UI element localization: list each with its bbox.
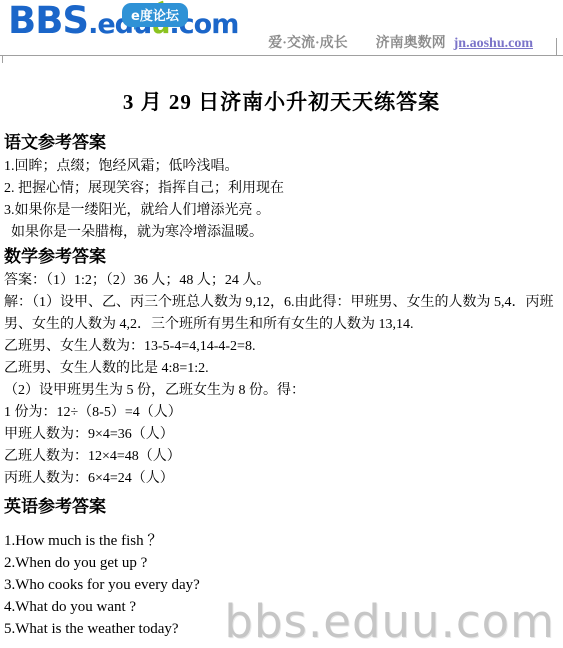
answer-line: 2.When do you get up ? bbox=[4, 552, 559, 574]
answer-line: 4.What do you want ? bbox=[4, 596, 559, 618]
tagline-slogan: 爱·交流·成长 bbox=[268, 36, 347, 51]
answer-line: 乙班男、女生人数的比是 4:8=1:2. bbox=[4, 358, 559, 380]
section-heading-chinese: 语文参考答案 bbox=[4, 132, 559, 154]
answer-line: 5.What is the weather today? bbox=[4, 618, 559, 640]
answer-line: 2. 把握心情；展现笑容；指挥自己；利用现在 bbox=[4, 178, 559, 200]
answer-line: 答案：（1）1:2；（2）36 人；48 人；24 人。 bbox=[4, 270, 559, 292]
site-name: 济南奥数网 bbox=[376, 36, 446, 51]
answer-line: 乙班人数为：12×4=48（人） bbox=[4, 446, 559, 468]
badge-tail-icon bbox=[134, 23, 141, 30]
answer-line: 1 份为：12÷（8-5）=4（人） bbox=[4, 402, 559, 424]
answer-line: 3.如果你是一缕阳光，就给人们增添光亮 。 bbox=[4, 200, 559, 222]
section-heading-english: 英语参考答案 bbox=[4, 496, 559, 518]
answer-line: 3.Who cooks for you every day? bbox=[4, 574, 559, 596]
article-content: 3 月 29 日济南小升初天天练答案 语文参考答案 1.回眸；点缀；饱经风霜；低… bbox=[0, 86, 563, 640]
border-tick-right bbox=[556, 38, 557, 55]
page: BBS.eduu.com e度论坛 爱·交流·成长济南奥数网jn.aoshu.c… bbox=[0, 0, 563, 648]
page-title: 3 月 29 日济南小升初天天练答案 bbox=[4, 86, 559, 116]
border-tick-left bbox=[2, 55, 3, 63]
answer-line: （2）设甲班男生为 5 份，乙班女生为 8 份。得： bbox=[4, 380, 559, 402]
answer-line: 1.回眸；点缀；饱经风霜；低吟浅唱。 bbox=[4, 156, 559, 178]
site-header: BBS.eduu.com e度论坛 爱·交流·成长济南奥数网jn.aoshu.c… bbox=[0, 0, 563, 56]
logo-bbs-text: BBS bbox=[8, 0, 88, 42]
header-tagline: 爱·交流·成长济南奥数网jn.aoshu.com bbox=[268, 32, 533, 52]
answer-line: 丙班人数为：6×4=24（人） bbox=[4, 468, 559, 490]
site-link[interactable]: jn.aoshu.com bbox=[454, 36, 533, 51]
answer-line: 1.How much is the fish ？ bbox=[4, 530, 559, 552]
answer-line: 乙班男、女生人数为：13-5-4=4,14-4-2=8. bbox=[4, 336, 559, 358]
section-heading-math: 数学参考答案 bbox=[4, 246, 559, 268]
answer-line: 甲班人数为：9×4=36（人） bbox=[4, 424, 559, 446]
answer-line: 解：（1）设甲、乙、丙三个班总人数为 9,12，6.由此得：甲班男、女生的人数为… bbox=[4, 292, 559, 336]
answer-line: 如果你是一朵腊梅，就为寒冷增添温暖。 bbox=[4, 222, 559, 244]
e-forum-badge[interactable]: e度论坛 bbox=[122, 3, 188, 27]
